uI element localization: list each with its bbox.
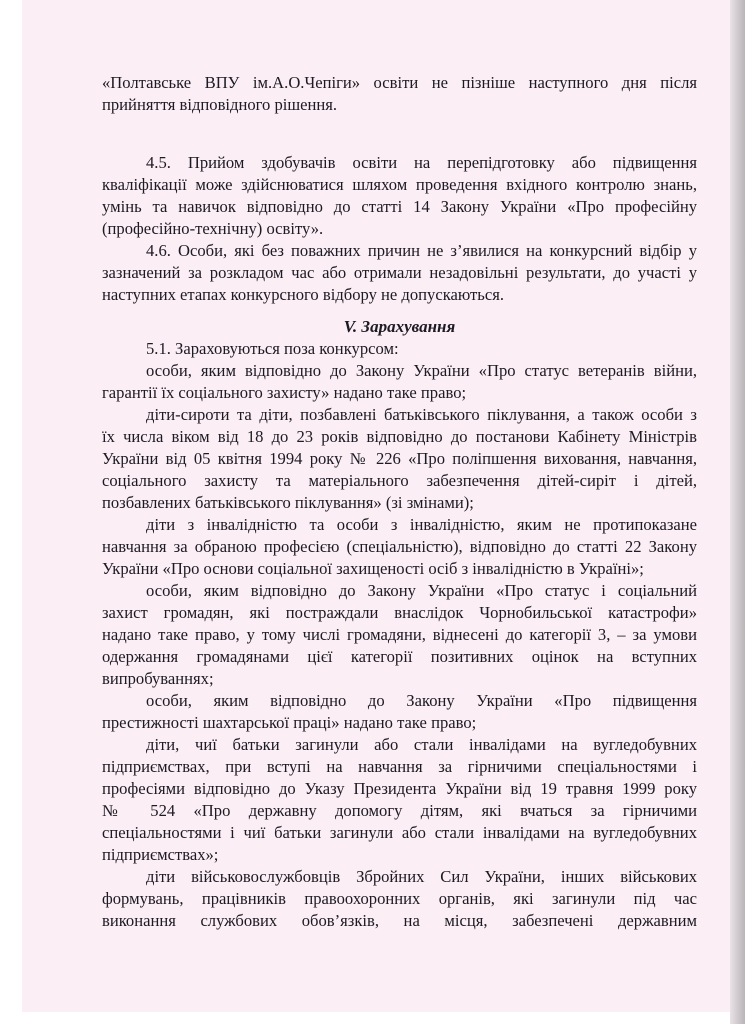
paragraph-4-6: 4.6. Особи, які без поважних причин не з…	[146, 240, 697, 262]
text-line: підприємствах»;	[102, 844, 697, 866]
paragraph-4-5: 4.5. Прийом здобувачів освіти на перепід…	[146, 152, 697, 174]
list-item: особи, яким відповідно до Закону України…	[146, 580, 697, 602]
text-line: України від 05 квітня 1994 року № 226 «П…	[102, 448, 697, 470]
text-line: професіями відповідно до Указу Президент…	[102, 778, 697, 800]
paragraph-5-1: 5.1. Зараховуються поза конкурсом:	[146, 338, 697, 360]
text-line: підприємствах, при вступі на навчання за…	[102, 756, 697, 778]
text-line: наступних етапах конкурсного відбору не …	[102, 284, 697, 306]
list-item: діти з інвалідністю та особи з інвалідні…	[146, 514, 697, 536]
text-line: гарантії їх соціального захисту» надано …	[102, 382, 697, 404]
list-item: особи, яким відповідно до Закону України…	[146, 360, 697, 382]
text-line: їх числа віком від 18 до 23 років відпов…	[102, 426, 697, 448]
text-line: (професійно-технічну) освіту».	[102, 218, 697, 240]
list-item: особи, яким відповідно до Закону України…	[146, 690, 697, 712]
text-line: одержання громадянами цієї категорії поз…	[102, 646, 697, 668]
text-line: «Полтавське ВПУ ім.А.О.Чепіги» освіти не…	[102, 72, 697, 94]
scan-edge-shadow	[730, 0, 745, 1024]
text-line: формувань, працівників правоохоронних ор…	[102, 888, 697, 910]
section-heading: V. Зарахування	[102, 316, 697, 338]
text-line: № 524 «Про державну допомогу дітям, які …	[102, 800, 697, 822]
text-line: зазначений за розкладом час або отримали…	[102, 262, 697, 284]
text-line: виконання службових обов’язків, на місця…	[102, 910, 697, 932]
list-item: діти військовослужбовців Збройних Сил Ук…	[146, 866, 697, 888]
text-line: престижності шахтарської праці» надано т…	[102, 712, 697, 734]
text-line: надано таке право, у тому числі громадян…	[102, 624, 697, 646]
text-line: умінь та навичок відповідно до статті 14…	[102, 196, 697, 218]
text-line: випробуваннях;	[102, 668, 697, 690]
list-item: діти-сироти та діти, позбавлені батьківс…	[146, 404, 697, 426]
text-line: соціального захисту та матеріального заб…	[102, 470, 697, 492]
text-line: захист громадян, які постраждали внаслід…	[102, 602, 697, 624]
text-line: позбавлених батьківського піклування» (з…	[102, 492, 697, 514]
text-line: кваліфікації може здійснюватися шляхом п…	[102, 174, 697, 196]
text-line: прийняття відповідного рішення.	[102, 94, 697, 116]
list-item: діти, чиї батьки загинули або стали інва…	[146, 734, 697, 756]
text-line: України «Про основи соціальної захищенос…	[102, 558, 697, 580]
text-line: спеціальностями і чиї батьки загинули аб…	[102, 822, 697, 844]
text-line: навчання за обраною професією (спеціальн…	[102, 536, 697, 558]
